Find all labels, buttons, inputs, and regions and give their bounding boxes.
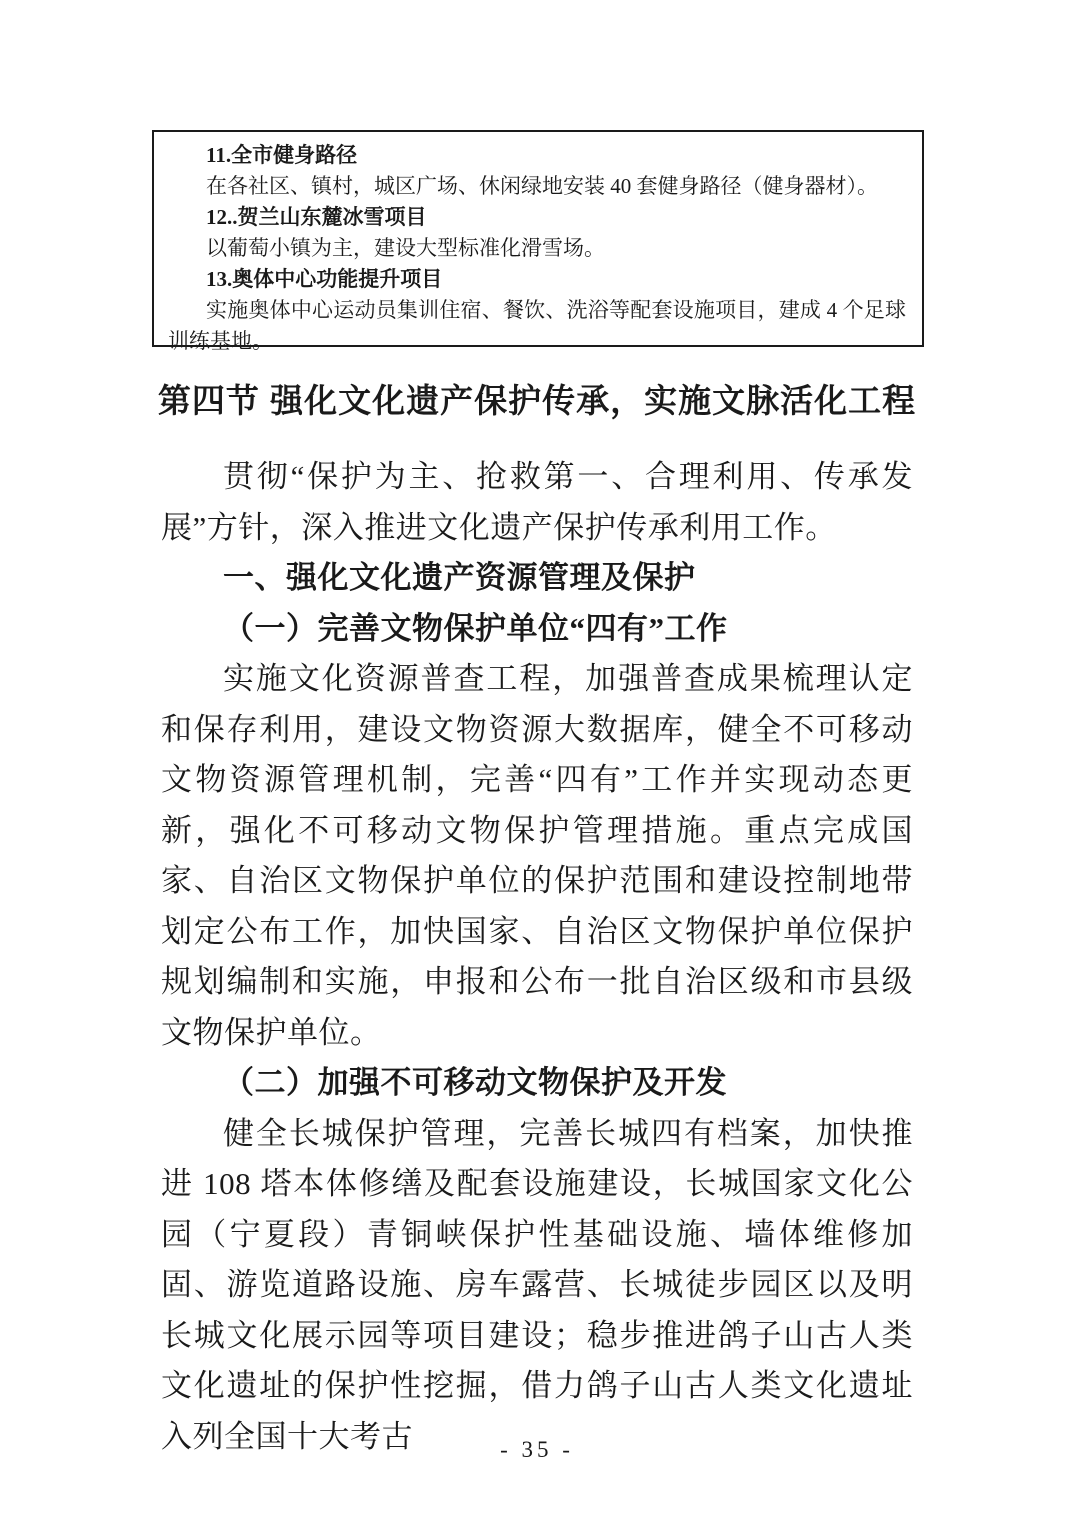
document-body: 贯彻“保护为主、抢救第一、合理利用、传承发展”方针，深入推进文化遗产保护传承利用… xyxy=(161,452,913,1462)
project-item-title: 11.全市健身路径 xyxy=(168,140,906,171)
paragraph-great-wall: 健全长城保护管理，完善长城四有档案，加快推进 108 塔本体修缮及配套设施建设，… xyxy=(161,1109,913,1463)
section-title: 第四节 强化文化遗产保护传承，实施文脉活化工程 xyxy=(0,380,1074,422)
project-item-11: 11.全市健身路径 在各社区、镇村，城区广场、休闲绿地安装 40 套健身路径（健… xyxy=(168,140,906,202)
project-item-title: 12..贺兰山东麓冰雪项目 xyxy=(168,202,906,233)
page-number: - 35 - xyxy=(0,1436,1074,1464)
project-item-13: 13.奥体中心功能提升项目 实施奥体中心运动员集训住宿、餐饮、洗浴等配套设施项目… xyxy=(168,264,906,357)
project-item-desc: 在各社区、镇村，城区广场、休闲绿地安装 40 套健身路径（健身器材）。 xyxy=(168,171,906,202)
heading-level2-four-haves: （一）完善文物保护单位“四有”工作 xyxy=(161,604,913,655)
heading-level1-heritage-management: 一、强化文化遗产资源管理及保护 xyxy=(161,553,913,604)
project-item-desc: 以葡萄小镇为主，建设大型标准化滑雪场。 xyxy=(168,233,906,264)
project-item-title: 13.奥体中心功能提升项目 xyxy=(168,264,906,295)
paragraph-cultural-census: 实施文化资源普查工程，加强普查成果梳理认定和保存利用，建设文物资源大数据库，健全… xyxy=(161,654,913,1058)
project-list-box: 11.全市健身路径 在各社区、镇村，城区广场、休闲绿地安装 40 套健身路径（健… xyxy=(152,130,924,347)
project-item-12: 12..贺兰山东麓冰雪项目 以葡萄小镇为主，建设大型标准化滑雪场。 xyxy=(168,202,906,264)
paragraph-policy-intro: 贯彻“保护为主、抢救第一、合理利用、传承发展”方针，深入推进文化遗产保护传承利用… xyxy=(161,452,913,553)
document-page: 11.全市健身路径 在各社区、镇村，城区广场、休闲绿地安装 40 套健身路径（健… xyxy=(0,0,1074,1520)
heading-level2-immovable-relics: （二）加强不可移动文物保护及开发 xyxy=(161,1058,913,1109)
project-item-desc: 实施奥体中心运动员集训住宿、餐饮、洗浴等配套设施项目，建成 4 个足球训练基地。 xyxy=(168,295,906,357)
